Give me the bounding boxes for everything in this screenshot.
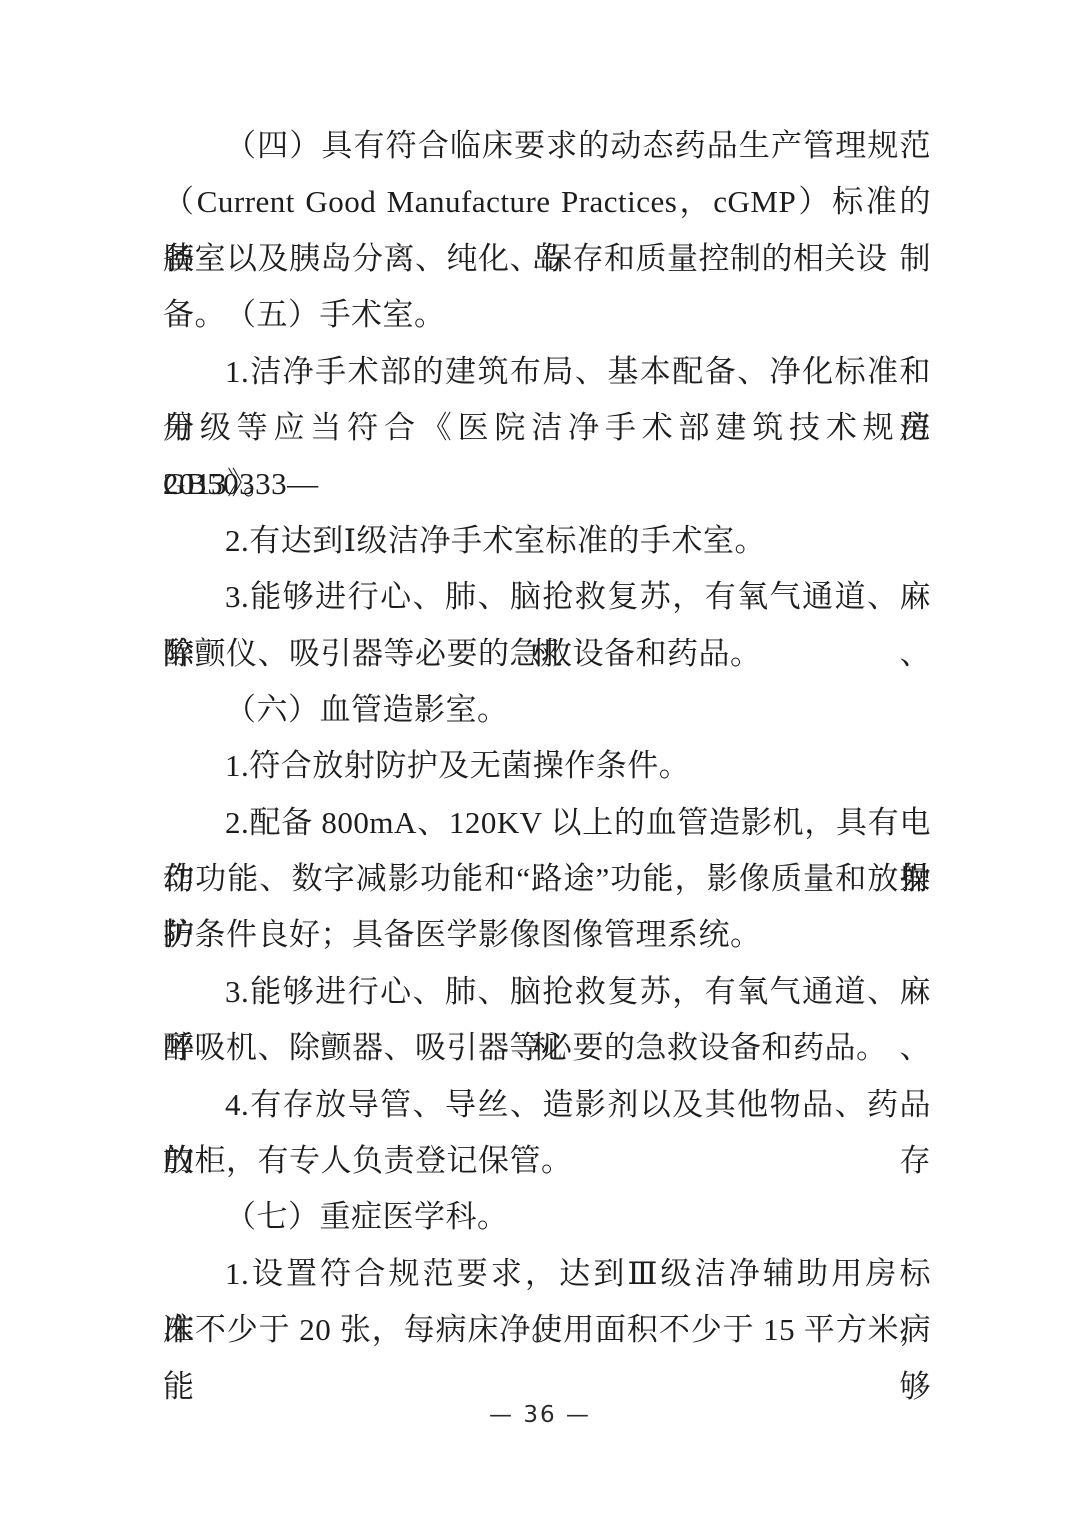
document-body: （四）具有符合临床要求的动态药品生产管理规范 （Current Good Man…: [163, 118, 931, 1359]
text-line-section-4-heading: （四）具有符合临床要求的动态药品生产管理规范: [163, 118, 931, 174]
text-line: 1.设置符合规范要求，达到Ⅲ级洁净辅助用房标准。病: [163, 1246, 931, 1302]
text-line: 护条件良好；具备医学影像图像管理系统。: [163, 907, 931, 963]
text-line: 床不少于 20 张，每病床净使用面积不少于 15 平方米，能够: [163, 1302, 931, 1358]
text-line-section-6-heading: （六）血管造影室。: [163, 682, 931, 738]
text-line: 1.符合放射防护及无菌操作条件。: [163, 738, 931, 794]
text-line: 呼吸机、除颤器、吸引器等必要的急救设备和药品。: [163, 1020, 931, 1076]
text-line: 4.有存放导管、导丝、造影剂以及其他物品、药品的存: [163, 1077, 931, 1133]
page-number: — 36 —: [0, 1402, 1080, 1428]
text-line: 作功能、数字减影功能和“路途”功能，影像质量和放射防: [163, 851, 931, 907]
text-line: 2.配备 800mA、120KV 以上的血管造影机，具有电动操: [163, 795, 931, 851]
text-line: 1.洁净手术部的建筑布局、基本配备、净化标准和用房: [163, 344, 931, 400]
text-line-section-7-heading: （七）重症医学科。: [163, 1189, 931, 1245]
document-page: （四）具有符合临床要求的动态药品生产管理规范 （Current Good Man…: [0, 0, 1080, 1526]
text-line: 3.能够进行心、肺、脑抢救复苏，有氧气通道、麻醉机、: [163, 964, 931, 1020]
text-line: 分级等应当符合《医院洁净手术部建筑技术规范 GB50333—: [163, 400, 931, 456]
text-line: 2.有达到Ⅰ级洁净手术室标准的手术室。: [163, 513, 931, 569]
text-line-section-5-heading: （五）手术室。: [163, 287, 931, 343]
text-line: 备室以及胰岛分离、纯化、保存和质量控制的相关设备。: [163, 231, 931, 287]
text-line: 3.能够进行心、肺、脑抢救复苏，有氧气通道、麻醉机、: [163, 569, 931, 625]
text-line: （Current Good Manufacture Practices，cGMP…: [163, 174, 931, 230]
